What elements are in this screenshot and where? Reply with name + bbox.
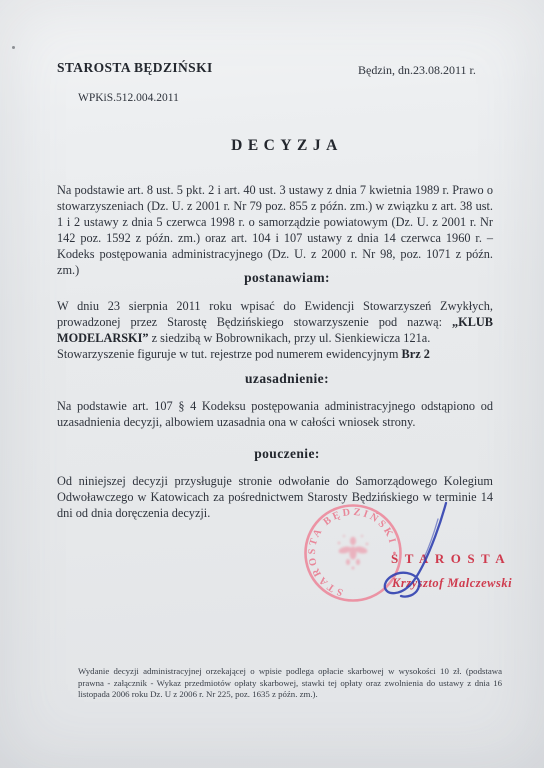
registry-number: Brz 2 <box>402 347 430 361</box>
decision-paragraph: W dniu 23 sierpnia 2011 roku wpisać do E… <box>57 298 493 362</box>
section-heading-postanawiam: postanawiam: <box>57 270 517 286</box>
place-and-date: Będzin, dn.23.08.2011 r. <box>358 63 476 78</box>
scanned-decision-document: STAROSTA BĘDZIŃSKI Będzin, dn.23.08.2011… <box>0 0 544 768</box>
issuer-name: STAROSTA BĘDZIŃSKI <box>57 60 213 76</box>
registry-text: Stowarzyszenie figuruje w tut. rejestrze… <box>57 347 402 361</box>
reference-number: WPKiS.512.004.2011 <box>78 92 179 104</box>
decision-text-before: W dniu 23 sierpnia 2011 roku wpisać do E… <box>57 299 493 329</box>
signature-stroke <box>385 503 446 597</box>
section-heading-pouczenie: pouczenie: <box>57 446 517 462</box>
scan-artifact-dot <box>12 46 15 49</box>
justification-paragraph: Na podstawie art. 107 § 4 Kodeksu postęp… <box>57 398 493 430</box>
legal-basis-paragraph: Na podstawie art. 8 ust. 5 pkt. 2 i art.… <box>57 182 493 278</box>
document-title: DECYZJA <box>57 137 517 155</box>
signature-stroke-secondary <box>424 519 438 558</box>
section-heading-uzasadnienie: uzasadnienie: <box>57 371 517 387</box>
decision-text-after: z siedzibą w Bobrownikach, przy ul. Sien… <box>149 331 431 345</box>
eagle-emblem <box>338 535 368 569</box>
handwritten-signature <box>368 497 468 612</box>
fee-footnote: Wydanie decyzji administracyjnej orzekaj… <box>78 666 502 701</box>
